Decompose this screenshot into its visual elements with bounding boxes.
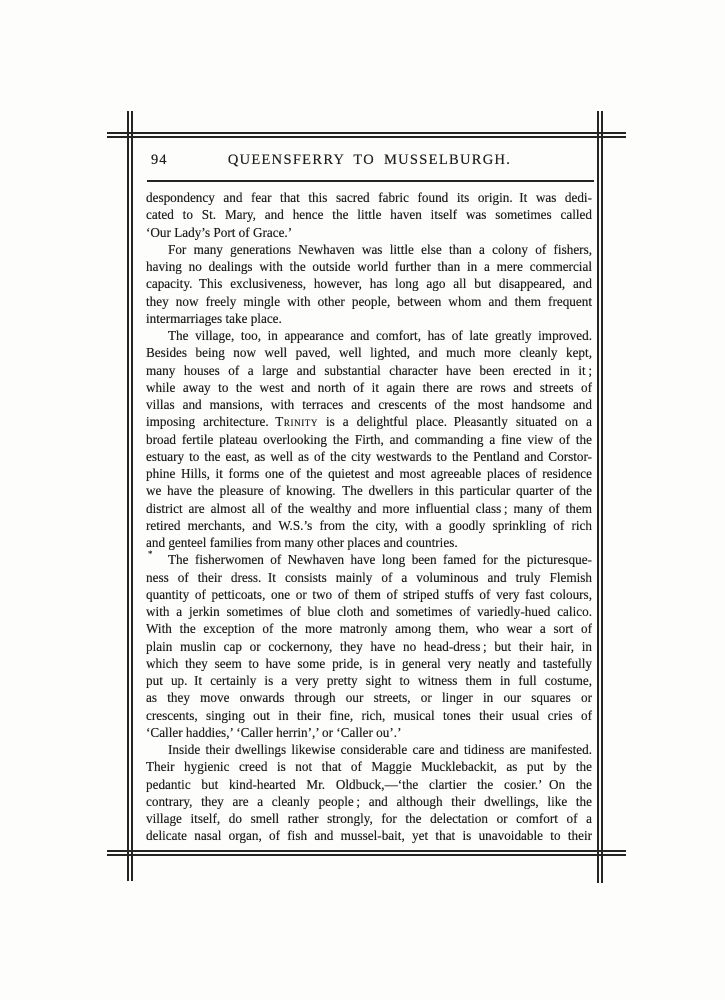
running-header: 94 QUEENSFERRY TO MUSSELBURGH.: [146, 150, 593, 170]
text-line: pedantic but kind-hearted Mr. Oldbuck,—‘…: [146, 776, 592, 793]
page-frame-left-rule: [127, 111, 133, 881]
text-line: Inside their dwellings likewise consider…: [146, 741, 592, 758]
text-line: Besides being now well paved, well light…: [146, 344, 592, 361]
page-frame-right-rule: [597, 111, 603, 883]
stray-asterisk-mark: *: [148, 546, 153, 563]
paragraph: *The fisherwomen of Newhaven have long b…: [146, 551, 592, 741]
text-line: plain muslin cap or cockernony, they hav…: [146, 638, 592, 655]
text-line: village itself, do smell rather strongly…: [146, 810, 592, 827]
text-line: retired merchants, and W.S.’s from the c…: [146, 517, 592, 534]
text-line: with a jerkin sometimes of blue cloth an…: [146, 603, 592, 620]
page-frame-bottom-rule: [107, 850, 626, 856]
text-line: we have the pleasure of knowing. The dwe…: [146, 482, 592, 499]
text-line: phine Hills, it forms one of the quietes…: [146, 465, 592, 482]
text-line: For many generations Newhaven was little…: [146, 241, 592, 258]
paragraph: The village, too, in appearance and comf…: [146, 327, 592, 551]
text-line: they now freely mingle with other people…: [146, 293, 592, 310]
running-header-title: QUEENSFERRY TO MUSSELBURGH.: [146, 150, 593, 170]
text-line: put up. It certainly is a very pretty si…: [146, 672, 592, 689]
body-text: despondency and fear that this sacred fa…: [146, 189, 592, 845]
text-line: The village, too, in appearance and comf…: [146, 327, 592, 344]
text-line: which they seem to have some pride, is i…: [146, 655, 592, 672]
text-line: broad fertile plateau overlooking the Fi…: [146, 431, 592, 448]
text-line: capacity. This exclusiveness, however, h…: [146, 275, 592, 292]
paragraph: despondency and fear that this sacred fa…: [146, 189, 592, 241]
text-line: ness of their dress. It consists mainly …: [146, 569, 592, 586]
text-line: quantity of petticoats, one or two of th…: [146, 586, 592, 603]
text-line: villas and mansions, with terraces and c…: [146, 396, 592, 413]
text-line: imposing architecture. Trinity is a deli…: [146, 413, 592, 430]
text-line: Their hygienic creed is not that of Magg…: [146, 758, 592, 775]
text-line: having no dealings with the outside worl…: [146, 258, 592, 275]
text-line: despondency and fear that this sacred fa…: [146, 189, 592, 206]
text-line: as they move onwards through our streets…: [146, 689, 592, 706]
text-line: *The fisherwomen of Newhaven have long b…: [146, 551, 592, 568]
header-rule: [147, 180, 594, 182]
text-line: intermarriages take place.: [146, 310, 592, 327]
page-frame-top-rule: [107, 132, 626, 138]
text-line: ‘Our Lady’s Port of Grace.’: [146, 224, 592, 241]
text-line: crescents, singing out in their fine, ri…: [146, 707, 592, 724]
text-line: district are almost all of the wealthy a…: [146, 500, 592, 517]
text-line: delicate nasal organ, of fish and mussel…: [146, 827, 592, 844]
text-line: contrary, they are a cleanly people ; an…: [146, 793, 592, 810]
paragraph: Inside their dwellings likewise consider…: [146, 741, 592, 845]
text-line: ‘Caller haddies,’ ‘Caller herrin’,’ or ‘…: [146, 724, 592, 741]
text-line: while away to the west and north of it a…: [146, 379, 592, 396]
text-line: many houses of a large and substantial c…: [146, 362, 592, 379]
text-line: estuary to the east, as well as of the c…: [146, 448, 592, 465]
paragraph: For many generations Newhaven was little…: [146, 241, 592, 327]
text-line: With the exception of the more matronly …: [146, 620, 592, 637]
text-line: and genteel families from many other pla…: [146, 534, 592, 551]
small-caps-word: Trinity: [275, 414, 318, 429]
text-line: cated to St. Mary, and hence the little …: [146, 206, 592, 223]
book-page-scan: 94 QUEENSFERRY TO MUSSELBURGH. desponden…: [0, 0, 725, 1000]
